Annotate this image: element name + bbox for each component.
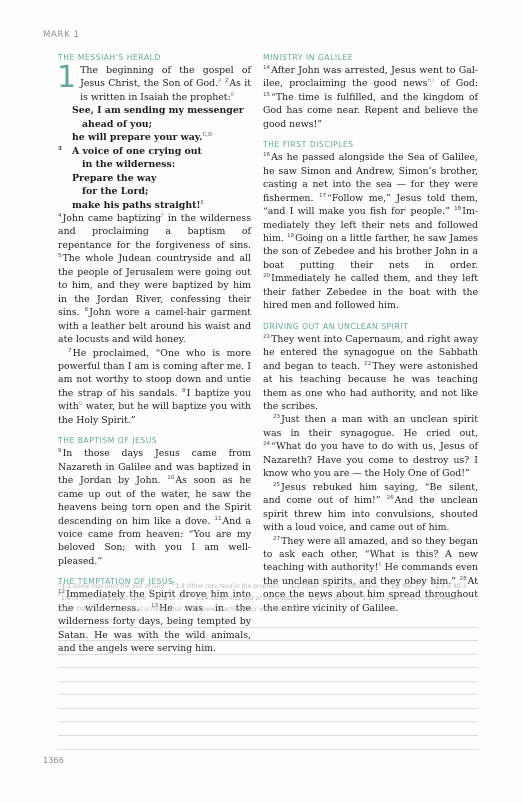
verse-number: 19 [287, 233, 294, 239]
poetry-line: make his paths straight!E [58, 199, 251, 212]
footnote: J1:17 Or you to become fishers of [361, 596, 460, 602]
verse-number: 22 [364, 361, 371, 367]
footnote: A1:1 Some mss omit the Son of God [58, 584, 164, 590]
poetry-line: he will prepare your way.C,D [58, 131, 251, 144]
verse-number: 26 [387, 495, 394, 501]
verse-number: 25 [273, 482, 280, 488]
footnote: B1:2 Other mss read in the prophets [172, 584, 279, 590]
footnote-marker[interactable]: E [201, 200, 204, 206]
ruled-line [58, 654, 478, 655]
chapter-number: 1 [57, 65, 76, 91]
section-heading-baptism-of-jesus: THE BAPTISM OF JESUS [58, 435, 251, 446]
ruled-line [58, 721, 478, 722]
verse-number: 24 [263, 441, 270, 447]
footnote: F1:4 Or John the Baptist came [58, 596, 146, 602]
poetry-line: in the wilderness: [58, 158, 251, 171]
verse-number: 21 [263, 334, 270, 340]
verse-number: 20 [263, 273, 270, 279]
paragraph-verses-7-8: 7He proclaimed, “One who is more pow­erf… [58, 347, 251, 428]
footnote-marker[interactable]: C,D [202, 132, 212, 138]
right-column: MINISTRY IN GALILEE 14After John was arr… [263, 52, 478, 615]
verse-number: 11 [214, 516, 221, 522]
verse-number: 3 [58, 146, 62, 152]
footnote: I1:14 Or gospel [308, 596, 353, 602]
footnote: H1:14 Other mss add of the kingdom [191, 596, 300, 602]
paragraph-verses-25-26: 25Jesus rebuked him saying, “Be silent, … [263, 481, 478, 535]
verse-number: 2 [225, 78, 229, 84]
poetry-line: ahead of you; [58, 118, 251, 131]
ruled-line [58, 735, 478, 736]
paragraph-verses-16-20: 16As he passed alongside the Sea of Gali… [263, 151, 478, 312]
footnotes: A1:1 Some mss omit the Son of God B1:2 O… [58, 580, 478, 615]
page-number: 1366 [43, 755, 64, 765]
verse-number: 5 [58, 253, 62, 259]
poetry-quotation: See, I am sending my messenger ahead of … [58, 104, 251, 212]
running-head: MARK 1 [43, 30, 80, 40]
ruled-line [58, 694, 478, 695]
verse-number: 18 [454, 206, 461, 212]
verse-number: 7 [68, 348, 72, 354]
poetry-line: 3A voice of one crying out [58, 145, 251, 158]
section-heading-ministry-in-galilee: MINISTRY IN GALILEE [263, 52, 478, 63]
verse-number: 23 [273, 414, 280, 420]
chapter-opening-paragraph: 1The beginning of the gospel of Jesus Ch… [58, 64, 251, 104]
footnote: K1:27 Other mss read “What is this? What… [58, 607, 300, 613]
verse-number: 15 [263, 92, 270, 98]
footnote: D1:2 Mal 3:1 [387, 584, 424, 590]
ruled-line [58, 681, 478, 682]
poetry-line: Prepare the way [58, 172, 251, 185]
verse-number: 14 [263, 65, 270, 71]
bible-page: MARK 1 THE MESSIAH'S HERALD 1The beginni… [0, 0, 522, 803]
verse-number: 8 [182, 388, 186, 394]
ruled-line [58, 667, 478, 668]
footnote: C1:2 Other mss add before you [287, 584, 379, 590]
ruled-line [58, 749, 478, 750]
paragraph-verses-23-24: 23Just then a man with an unclean spirit… [263, 413, 478, 480]
verse-number: 17 [319, 193, 326, 199]
ruled-line [58, 640, 478, 641]
footnote: G1:8 Or in [154, 596, 183, 602]
paragraph-verses-9-11: 9In those days Jesus came from Nazareth … [58, 447, 251, 568]
paragraph-verses-4-6: 4John came baptizingF in the wilderness … [58, 212, 251, 347]
ruled-line [58, 627, 478, 628]
left-column: THE MESSIAH'S HERALD 1The beginning of t… [58, 52, 251, 656]
verse-number: 9 [58, 448, 62, 454]
section-heading-driving-out-unclean-spirit: DRIVING OUT AN UNCLEAN SPIRIT [263, 321, 478, 332]
footnote: E1:3 Is 40:3 [432, 584, 466, 590]
verse-number: 4 [58, 213, 62, 219]
footnote-marker[interactable]: B [231, 92, 234, 98]
poetry-line: for the Lord; [58, 185, 251, 198]
poetry-line: See, I am sending my messenger [58, 104, 251, 117]
verse-number: 10 [167, 475, 174, 481]
paragraph-verses-21-22: 21They went into Capernaum, and right aw… [263, 333, 478, 414]
footnote-marker[interactable]: A [218, 78, 221, 84]
section-heading-first-disciples: THE FIRST DISCIPLES [263, 139, 478, 150]
paragraph-verses-14-15: 14After John was arrested, Jesus went to… [263, 64, 478, 131]
verse-number: 6 [85, 307, 89, 313]
verse-number: 16 [263, 152, 270, 158]
ruled-line [58, 708, 478, 709]
section-heading-messiahs-herald: THE MESSIAH'S HERALD [58, 52, 251, 63]
verse-number: 27 [273, 536, 280, 542]
